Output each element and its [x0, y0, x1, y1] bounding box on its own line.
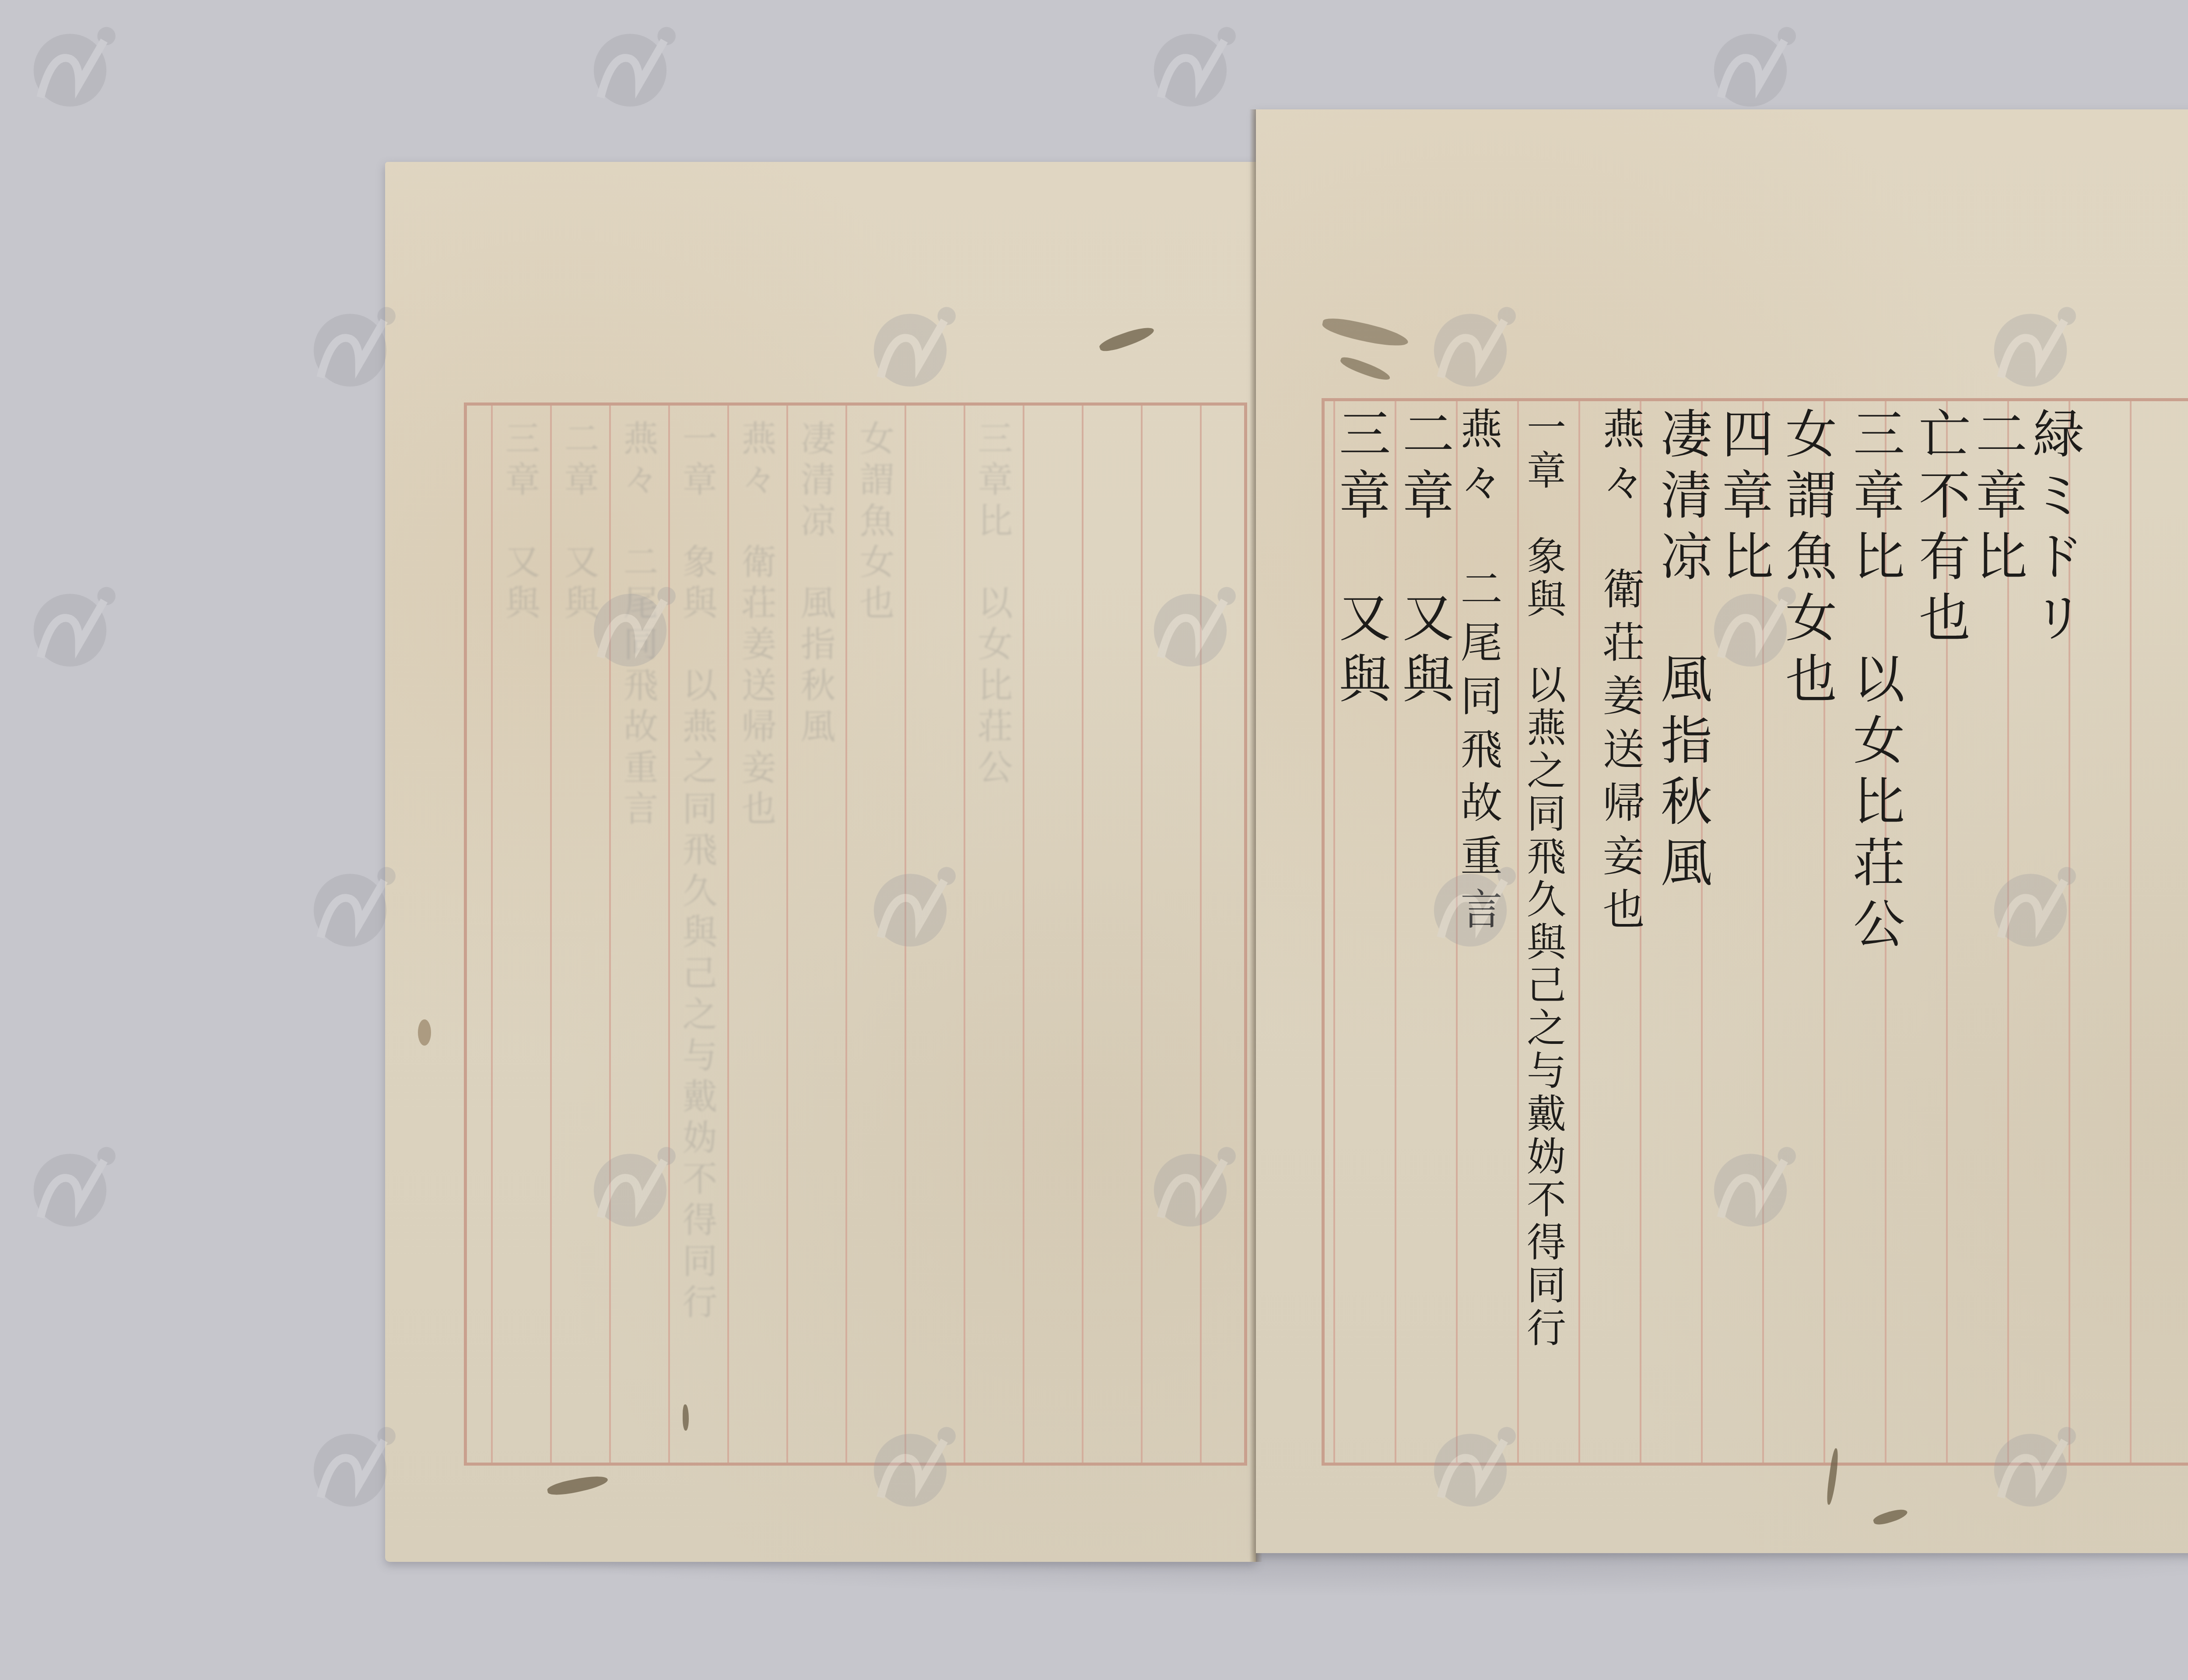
nishogakusha-watermark-icon [1694, 9, 1807, 122]
column-rule [905, 406, 906, 1463]
column-rule [845, 406, 847, 1463]
bleed-through-text: 女謂魚女也 [849, 420, 899, 626]
text-column-2: 二章比 [1971, 407, 2023, 591]
column-rule [668, 406, 670, 1463]
column-rule [550, 406, 552, 1463]
column-rule [1200, 406, 1202, 1463]
column-rule [1082, 406, 1083, 1463]
text-column-4: 三章比 以女比荘公 [1849, 407, 1900, 958]
text-column-1: 緑ミドリ [2028, 407, 2080, 652]
column-rule [964, 406, 965, 1463]
bleed-through-text: 三章 又與 [494, 420, 545, 626]
column-rule [1141, 406, 1143, 1463]
bleed-through-text: 燕々 二尾同飛故重言 [613, 420, 663, 831]
column-rule [2130, 401, 2132, 1463]
nishogakusha-watermark-icon [573, 9, 687, 122]
bleed-through-text: 二章 又與 [554, 420, 604, 626]
column-rule [609, 406, 611, 1463]
text-column-11: 二章 又與 [1398, 407, 1450, 713]
text-column-7: 凄清凉 風指秋風 [1656, 407, 1708, 897]
bleed-through-text: 燕々 衛荘姜送帰妾也 [731, 420, 781, 831]
column-rule [727, 406, 729, 1463]
nishogakusha-watermark-icon [1133, 9, 1247, 122]
nishogakusha-watermark-icon [13, 9, 127, 122]
text-column-5: 女謂魚女也 [1781, 407, 1833, 713]
text-column-6: 四章比 [1718, 407, 1769, 591]
bleed-through-text: 一章 象與 以燕之同飛久與己之与戴妫不得同行 [672, 420, 722, 1325]
text-column-10: 燕々 二尾同飛故重言 [1457, 407, 1499, 941]
column-rule [786, 406, 788, 1463]
nishogakusha-watermark-icon [13, 1129, 127, 1242]
column-rule [1517, 401, 1519, 1463]
text-column-3: 亡不有也 [1914, 407, 1966, 652]
column-rule [491, 406, 493, 1463]
column-rule [1578, 401, 1580, 1463]
text-column-9: 一章 象與 以燕之同飛久與己之与戴妫不得同行 [1523, 407, 1562, 1350]
text-column-8: 燕々 衛荘姜送帰妾也 [1599, 407, 1641, 941]
bleed-through-text: 三章比 以女比荘公 [967, 420, 1017, 790]
bleed-through-text: 凄清凉 風指秋風 [790, 420, 840, 749]
text-column-12: 三章 又與 [1335, 407, 1386, 713]
column-rule [1023, 406, 1024, 1463]
binding-hole [418, 1019, 431, 1046]
nishogakusha-watermark-icon [13, 569, 127, 682]
